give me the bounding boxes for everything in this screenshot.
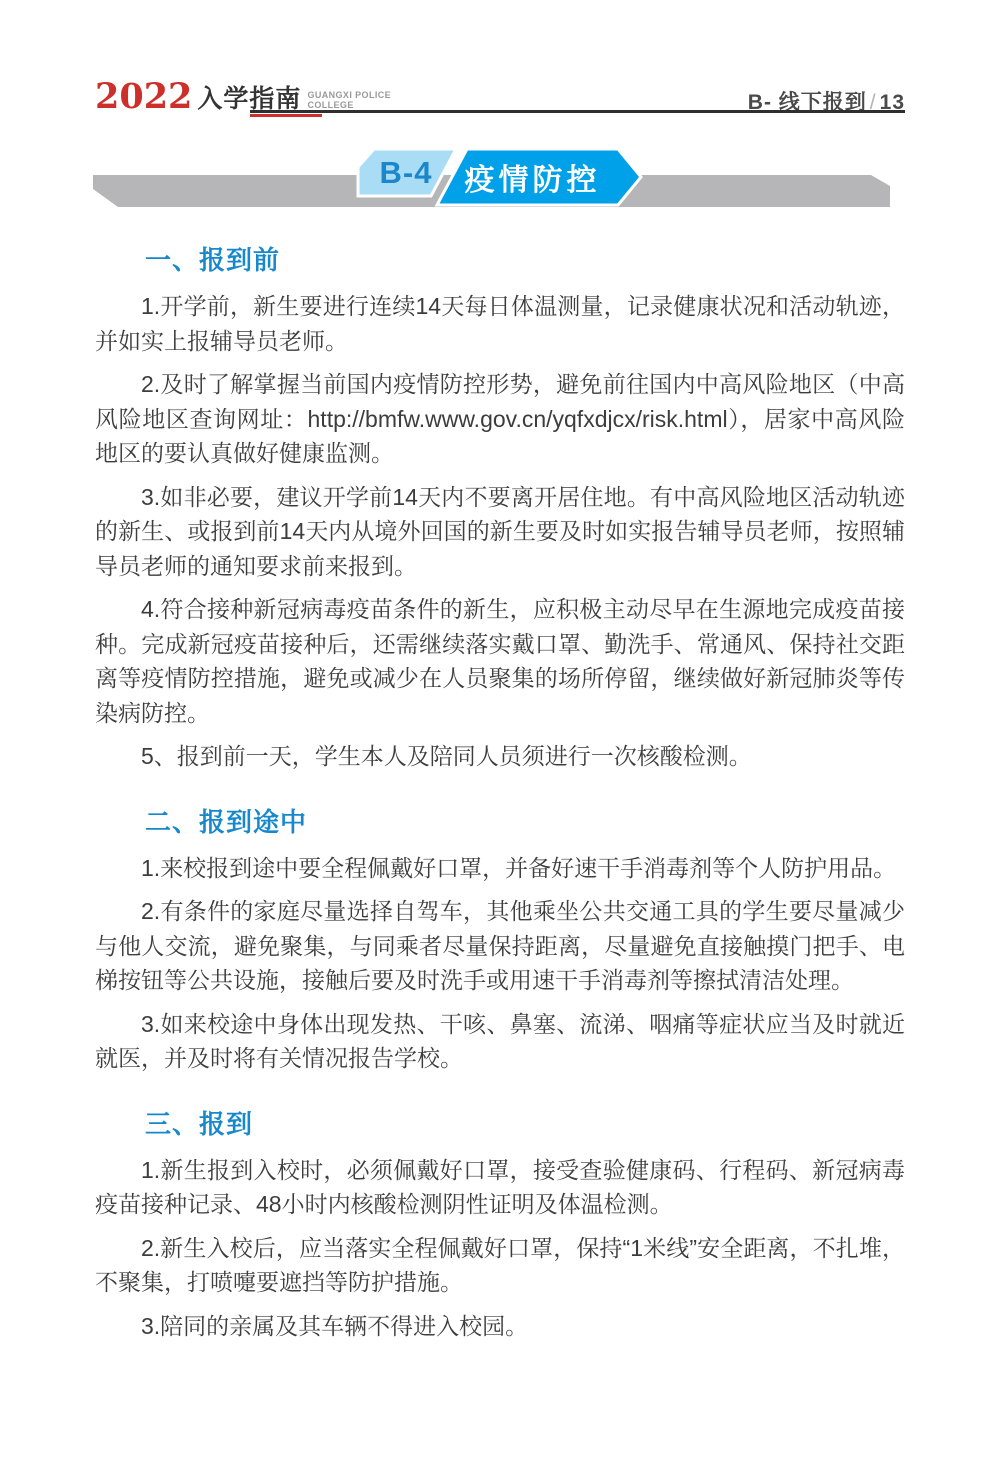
paragraph: 1.开学前，新生要进行连续14天每日体温测量，记录健康状况和活动轨迹，并如实上报… [95,289,905,358]
header-rule [250,110,905,113]
brand-org-line1: GUANGXI POLICE [307,90,391,100]
section-banner: B-4 疫情防控 [0,145,1000,217]
paragraph: 3.如来校途中身体出现发热、干咳、鼻塞、流涕、咽痛等症状应当及时就近就医，并及时… [95,1007,905,1076]
section-heading: 三、报到 [145,1104,905,1141]
section-before-checkin: 一、报到前 1.开学前，新生要进行连续14天每日体温测量，记录健康状况和活动轨迹… [95,240,905,774]
header-rule-accent [250,114,322,117]
brand-org-name: GUANGXI POLICE COLLEGE [307,90,391,110]
paragraph: 3.如非必要，建议开学前14天内不要离开居住地。有中高风险地区活动轨迹的新生、或… [95,480,905,584]
paragraph: 1.新生报到入校时，必须佩戴好口罩，接受查验健康码、行程码、新冠病毒疫苗接种记录… [95,1153,905,1222]
brand-year: 2022 [95,82,192,112]
section-heading: 一、报到前 [145,240,905,277]
document-page: 2022 入学指南 GUANGXI POLICE COLLEGE B- 线下报到… [0,0,1000,1477]
page-content: 一、报到前 1.开学前，新生要进行连续14天每日体温测量，记录健康状况和活动轨迹… [95,212,905,1352]
paragraph: 4.符合接种新冠病毒疫苗条件的新生，应积极主动尽早在生源地完成疫苗接种。完成新冠… [95,592,905,730]
paragraph: 2.及时了解掌握当前国内疫情防控形势，避免前往国内中高风险地区（中高风险地区查询… [95,367,905,471]
paragraph: 2.有条件的家庭尽量选择自驾车，其他乘坐公共交通工具的学生要尽量减少与他人交流，… [95,894,905,998]
paragraph: 1.来校报到途中要全程佩戴好口罩，并备好速干手消毒剂等个人防护用品。 [95,851,905,886]
section-on-the-way: 二、报到途中 1.来校报到途中要全程佩戴好口罩，并备好速干手消毒剂等个人防护用品… [95,802,905,1076]
brand-org-line2: COLLEGE [307,100,353,110]
paragraph: 2.新生入校后，应当落实全程佩戴好口罩，保持“1米线”安全距离，不扎堆，不聚集，… [95,1231,905,1300]
paragraph: 3.陪同的亲属及其车辆不得进入校园。 [95,1309,905,1344]
section-checkin: 三、报到 1.新生报到入校时，必须佩戴好口罩，接受查验健康码、行程码、新冠病毒疫… [95,1104,905,1344]
paragraph: 5、报到前一天，学生本人及陪同人员须进行一次核酸检测。 [95,739,905,774]
section-heading: 二、报到途中 [145,802,905,839]
banner-title-label: 疫情防控 [440,149,625,205]
